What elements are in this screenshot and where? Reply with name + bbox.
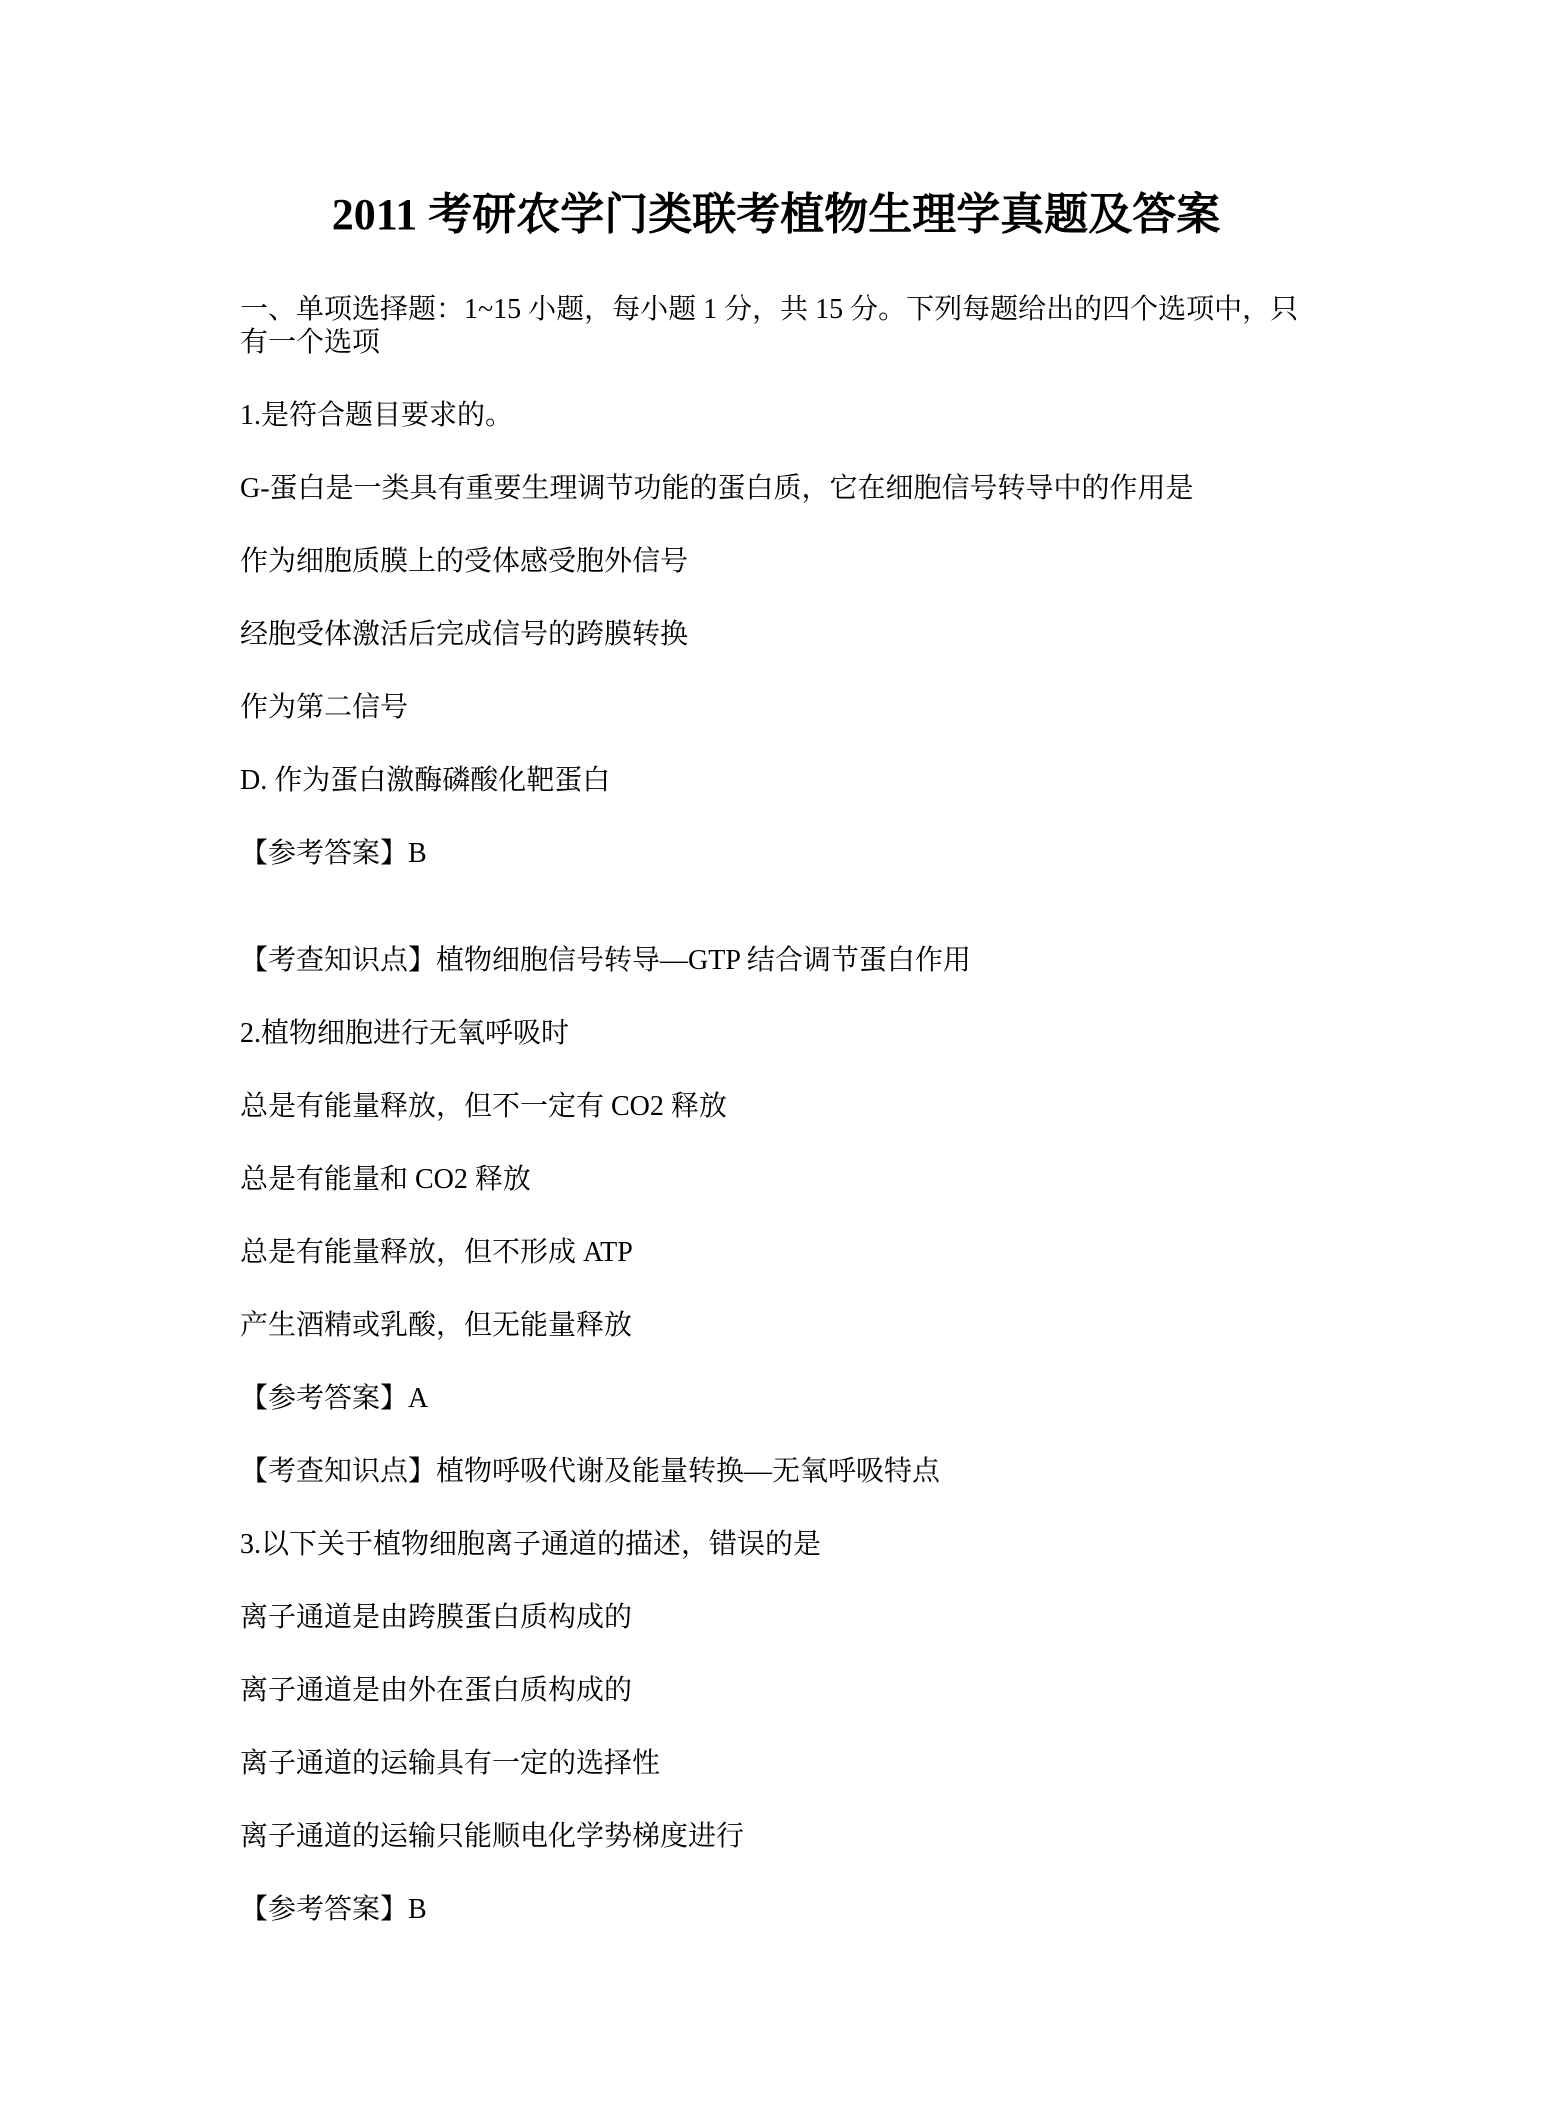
question-3-answer: 【参考答案】B xyxy=(240,1893,1312,1926)
question-2-option-1: 总是有能量释放，但不一定有 CO2 释放 xyxy=(240,1090,1312,1123)
question-1-knowledge-point: 【考查知识点】植物细胞信号转导—GTP 结合调节蛋白作用 xyxy=(240,944,1312,977)
document-title: 2011 考研农学门类联考植物生理学真题及答案 xyxy=(240,192,1312,238)
question-2-option-3: 总是有能量释放，但不形成 ATP xyxy=(240,1236,1312,1269)
section-header-line-1: 一、单项选择题：1~15 小题，每小题 1 分，共 15 分。下列每题给出的四个… xyxy=(240,293,1312,326)
question-3-option-3: 离子通道的运输具有一定的选择性 xyxy=(240,1747,1312,1780)
question-2-stem: 2.植物细胞进行无氧呼吸时 xyxy=(240,1017,1312,1050)
question-2-option-2: 总是有能量和 CO2 释放 xyxy=(240,1163,1312,1196)
question-2-option-4: 产生酒精或乳酸，但无能量释放 xyxy=(240,1309,1312,1342)
answer-value: B xyxy=(408,838,427,869)
knowledge-label: 【考查知识点】 xyxy=(240,1456,436,1487)
question-3-option-1: 离子通道是由跨膜蛋白质构成的 xyxy=(240,1601,1312,1634)
answer-value: B xyxy=(408,1894,427,1925)
answer-label: 【参考答案】 xyxy=(240,1383,408,1414)
question-1-option-4: D. 作为蛋白激酶磷酸化靶蛋白 xyxy=(240,764,1312,797)
question-3-option-4: 离子通道的运输只能顺电化学势梯度进行 xyxy=(240,1820,1312,1853)
document-content: 2011 考研农学门类联考植物生理学真题及答案 一、单项选择题：1~15 小题，… xyxy=(240,0,1312,1926)
answer-label: 【参考答案】 xyxy=(240,1894,408,1925)
question-2-answer: 【参考答案】A xyxy=(240,1382,1312,1415)
question-1-option-2: 经胞受体激活后完成信号的跨膜转换 xyxy=(240,618,1312,651)
knowledge-text: 植物细胞信号转导—GTP 结合调节蛋白作用 xyxy=(436,945,971,976)
question-2-knowledge-point: 【考查知识点】植物呼吸代谢及能量转换—无氧呼吸特点 xyxy=(240,1455,1312,1488)
knowledge-text: 植物呼吸代谢及能量转换—无氧呼吸特点 xyxy=(436,1456,940,1487)
question-1-stem: G-蛋白是一类具有重要生理调节功能的蛋白质，它在细胞信号转导中的作用是 xyxy=(240,472,1312,505)
question-3-stem: 3.以下关于植物细胞离子通道的描述，错误的是 xyxy=(240,1528,1312,1561)
knowledge-label: 【考查知识点】 xyxy=(240,945,436,976)
question-1-answer: 【参考答案】B xyxy=(240,837,1312,870)
answer-value: A xyxy=(408,1383,428,1414)
answer-label: 【参考答案】 xyxy=(240,838,408,869)
question-1-option-1: 作为细胞质膜上的受体感受胞外信号 xyxy=(240,545,1312,578)
document-page: 2011 考研农学门类联考植物生理学真题及答案 一、单项选择题：1~15 小题，… xyxy=(0,0,1556,2116)
question-1-option-3: 作为第二信号 xyxy=(240,691,1312,724)
question-1-lead: 1.是符合题目要求的。 xyxy=(240,399,1312,432)
section-header-line-2: 有一个选项 xyxy=(240,326,1312,359)
question-3-option-2: 离子通道是由外在蛋白质构成的 xyxy=(240,1674,1312,1707)
